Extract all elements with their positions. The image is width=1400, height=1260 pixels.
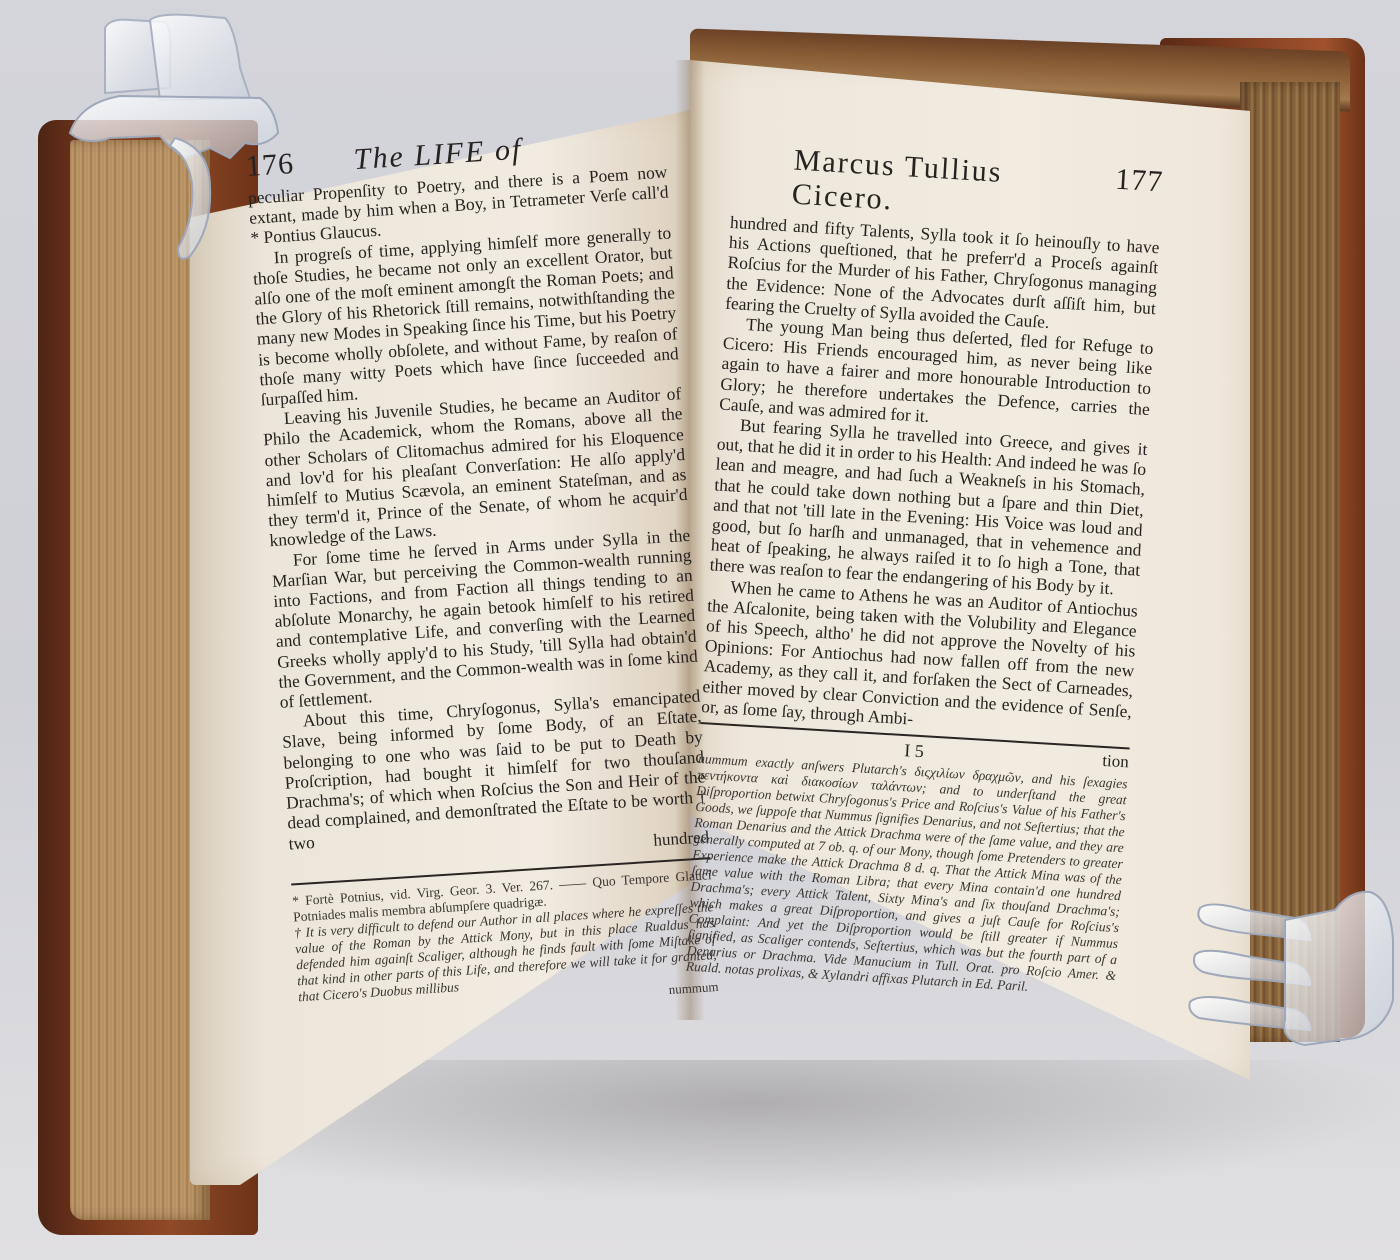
- left-page-text: 176 The LIFE of peculiar Propenſity to P…: [245, 124, 719, 1022]
- footnotes: nummum exactly anſwers Plutarch's διςχιλ…: [685, 751, 1128, 1000]
- paragraph: For ſome time he ſerved in Arms under Sy…: [270, 524, 699, 712]
- paragraph: In progreſs of time, applying himſelf mo…: [251, 222, 680, 410]
- paragraph: But fearing Sylla he travelled into Gree…: [709, 414, 1148, 601]
- book-photo-scene: 176 The LIFE of peculiar Propenſity to P…: [0, 0, 1400, 1260]
- page-clip-top-left: [60, 8, 300, 268]
- page-clip-right: [1185, 880, 1400, 1050]
- body-text: peculiar Propenſity to Poetry, and there…: [247, 162, 709, 874]
- body-text: hundred and fifty Talents, Sylla took it…: [701, 212, 1160, 742]
- page-number: 177: [1114, 163, 1164, 200]
- left-page-edges: [70, 140, 210, 1220]
- running-head: Marcus Tullius Cicero.: [791, 144, 1007, 224]
- footnotes: * Fortè Potnius, vid. Virg. Geor. 3. Ver…: [292, 867, 719, 1021]
- right-page-text: Marcus Tullius Cicero. 177 hundred and f…: [685, 140, 1164, 1000]
- footnote: nummum exactly anſwers Plutarch's διςχιλ…: [685, 751, 1128, 1000]
- paragraph: Leaving his Juvenile Studies, he became …: [261, 383, 689, 551]
- paragraph: About this time, Chryſogonus, Sylla's em…: [280, 686, 708, 854]
- running-head: The LIFE of: [353, 133, 523, 178]
- paragraph: When he came to Athens he was an Auditor…: [701, 575, 1139, 742]
